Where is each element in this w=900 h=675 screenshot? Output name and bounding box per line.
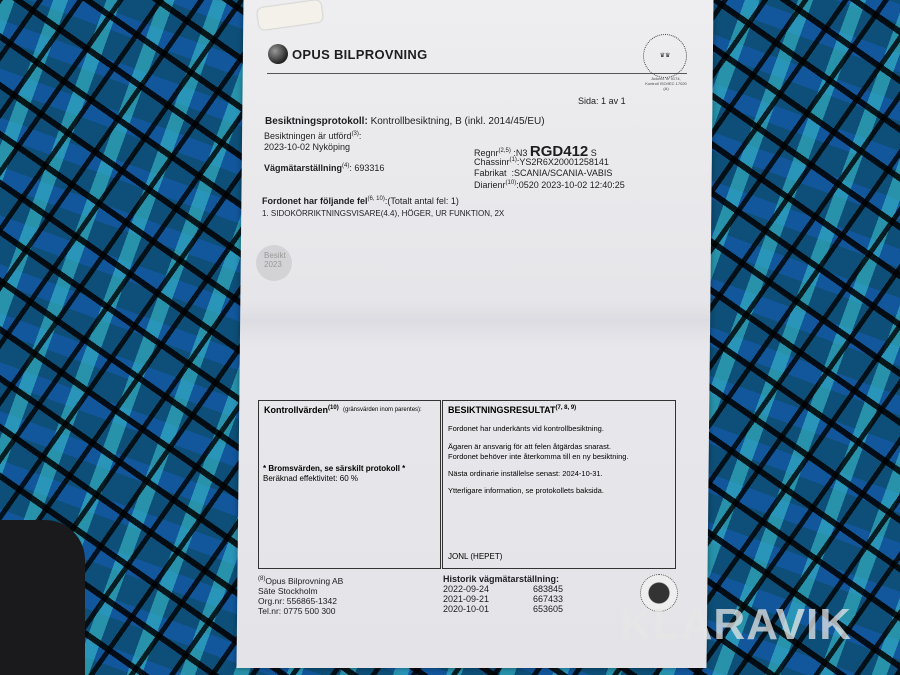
odometer-sup: (4) — [342, 163, 349, 169]
history-date: 2020-10-01 — [443, 604, 533, 614]
chassis-label: Chassinr — [474, 157, 510, 167]
diary-value: :0520 2023-10-02 12:40:25 — [516, 180, 625, 190]
stamp-line1: Besikt — [264, 251, 292, 260]
faults-sup: (6, 10) — [368, 196, 385, 202]
brand-name: OPUS BILPROVNING — [292, 47, 428, 62]
performed-value: 2023-10-02 Nyköping — [264, 142, 350, 152]
odometer-history: Historik vägmätarställning: 2022-09-2468… — [443, 574, 593, 614]
accreditation-note: Ackred. nr 9174, Kontroll ISO/IEC 17020 … — [645, 76, 687, 91]
diary-label: Diarienr — [474, 180, 506, 190]
make-label: Fabrikat — [474, 168, 507, 178]
result-heading: BESIKTNINGSRESULTAT(7, 8, 9) — [448, 405, 576, 415]
result-line4: Nästa ordinarie inställelse senast: 2024… — [448, 469, 629, 479]
page-indicator: Sida: 1 av 1 — [578, 96, 626, 106]
globe-icon — [268, 44, 288, 64]
swedac-crown-icon: ♛♛ — [643, 34, 687, 78]
page-label: Sida: — [578, 96, 599, 106]
inspector: JONL (HEPET) — [448, 552, 502, 561]
result-line2: Ägaren är ansvarig för att felen åtgärda… — [448, 442, 629, 452]
protocol-title: Besiktningsprotokoll: Kontrollbesiktning… — [265, 116, 545, 127]
history-value: 683845 — [533, 584, 593, 594]
history-heading: Historik vägmätarställning: — [443, 574, 593, 584]
brake-note: * Bromsvärden, se särskilt protokoll * — [263, 464, 405, 473]
brand-logo: OPUS BILPROVNING — [268, 44, 428, 64]
history-date: 2021-09-21 — [443, 594, 533, 604]
page-of: av — [609, 96, 619, 106]
odometer-label: Vägmätarställning — [264, 163, 342, 173]
inspection-stamp: Besikt 2023 — [256, 245, 292, 281]
result-line1: Fordonet har underkänts vid kontrollbesi… — [448, 424, 629, 434]
diary-sup: (10) — [506, 180, 517, 186]
odometer-value: 693316 — [354, 163, 384, 173]
performed-sup: (3) — [352, 131, 359, 137]
company-orgnr: Org.nr: 556865-1342 — [258, 596, 343, 606]
performed-label: Besiktningen är utförd(3): — [264, 131, 361, 141]
chassis-value: :YS2R6X20001258141 — [517, 157, 609, 167]
result-box: BESIKTNINGSRESULTAT(7, 8, 9) Fordonet ha… — [442, 400, 676, 569]
control-values-note: (gränsvärden inom parentes): — [343, 407, 422, 413]
history-table: 2022-09-246838452021-09-216674332020-10-… — [443, 584, 593, 614]
company-tel: Tel.nr: 0775 500 300 — [258, 606, 343, 616]
regnr-sup: (2,5) — [499, 148, 511, 154]
performed-text: Besiktningen är utförd — [264, 131, 352, 141]
company-seat: Säte Stockholm — [258, 586, 343, 596]
history-date: 2022-09-24 — [443, 584, 533, 594]
control-values-box: Kontrollvärden(10) (gränsvärden inom par… — [258, 400, 441, 569]
history-value: 667433 — [533, 594, 593, 604]
watermark: KLARAVIK — [620, 600, 852, 650]
faults-total: :(Totalt antal fel: 1) — [385, 196, 459, 206]
fault-item: 1. SIDOKÖRRIKTNINGSVISARE(4.4), HÖGER, U… — [262, 209, 504, 218]
make-value: :SCANIA/SCANIA-VABIS — [512, 168, 613, 178]
diary-row: Diarienr(10):0520 2023-10-02 12:40:25 — [474, 180, 625, 190]
cv-title: Kontrollvärden — [264, 405, 328, 415]
result-title: BESIKTNINGSRESULTAT — [448, 405, 556, 415]
chassis-row: Chassinr(1):YS2R6X20001258141 — [474, 157, 609, 167]
efficiency-value: Beräknad effektivitet: 60 % — [263, 474, 358, 483]
make-row: Fabrikat :SCANIA/SCANIA-VABIS — [474, 168, 612, 178]
header-divider — [267, 73, 687, 74]
faults-title: Fordonet har följande fel — [262, 196, 368, 206]
chassis-sup: (1) — [510, 157, 517, 163]
title-bold: Besiktningsprotokoll: — [265, 116, 368, 127]
stamp-line2: 2023 — [264, 260, 292, 269]
history-value: 653605 — [533, 604, 593, 614]
page-current: 1 — [601, 96, 606, 106]
odometer: Vägmätarställning(4): 693316 — [264, 163, 384, 173]
result-sup: (7, 8, 9) — [556, 405, 577, 411]
page-total: 1 — [621, 96, 626, 106]
title-rest: Kontrollbesiktning, B (inkl. 2014/45/EU) — [371, 116, 545, 127]
result-line3: Fordonet behöver inte återkomma till en … — [448, 452, 629, 462]
control-values-heading: Kontrollvärden(10) — [264, 405, 339, 415]
company-info: (8)Opus Bilprovning AB Säte Stockholm Or… — [258, 574, 343, 616]
faults-heading: Fordonet har följande fel(6, 10):(Totalt… — [262, 196, 459, 206]
result-text: Fordonet har underkänts vid kontrollbesi… — [448, 424, 629, 496]
cv-sup: (10) — [328, 405, 339, 411]
result-line5: Ytterligare information, se protokollets… — [448, 486, 629, 496]
bag-corner — [0, 520, 85, 675]
company-name: Opus Bilprovning AB — [265, 576, 343, 586]
